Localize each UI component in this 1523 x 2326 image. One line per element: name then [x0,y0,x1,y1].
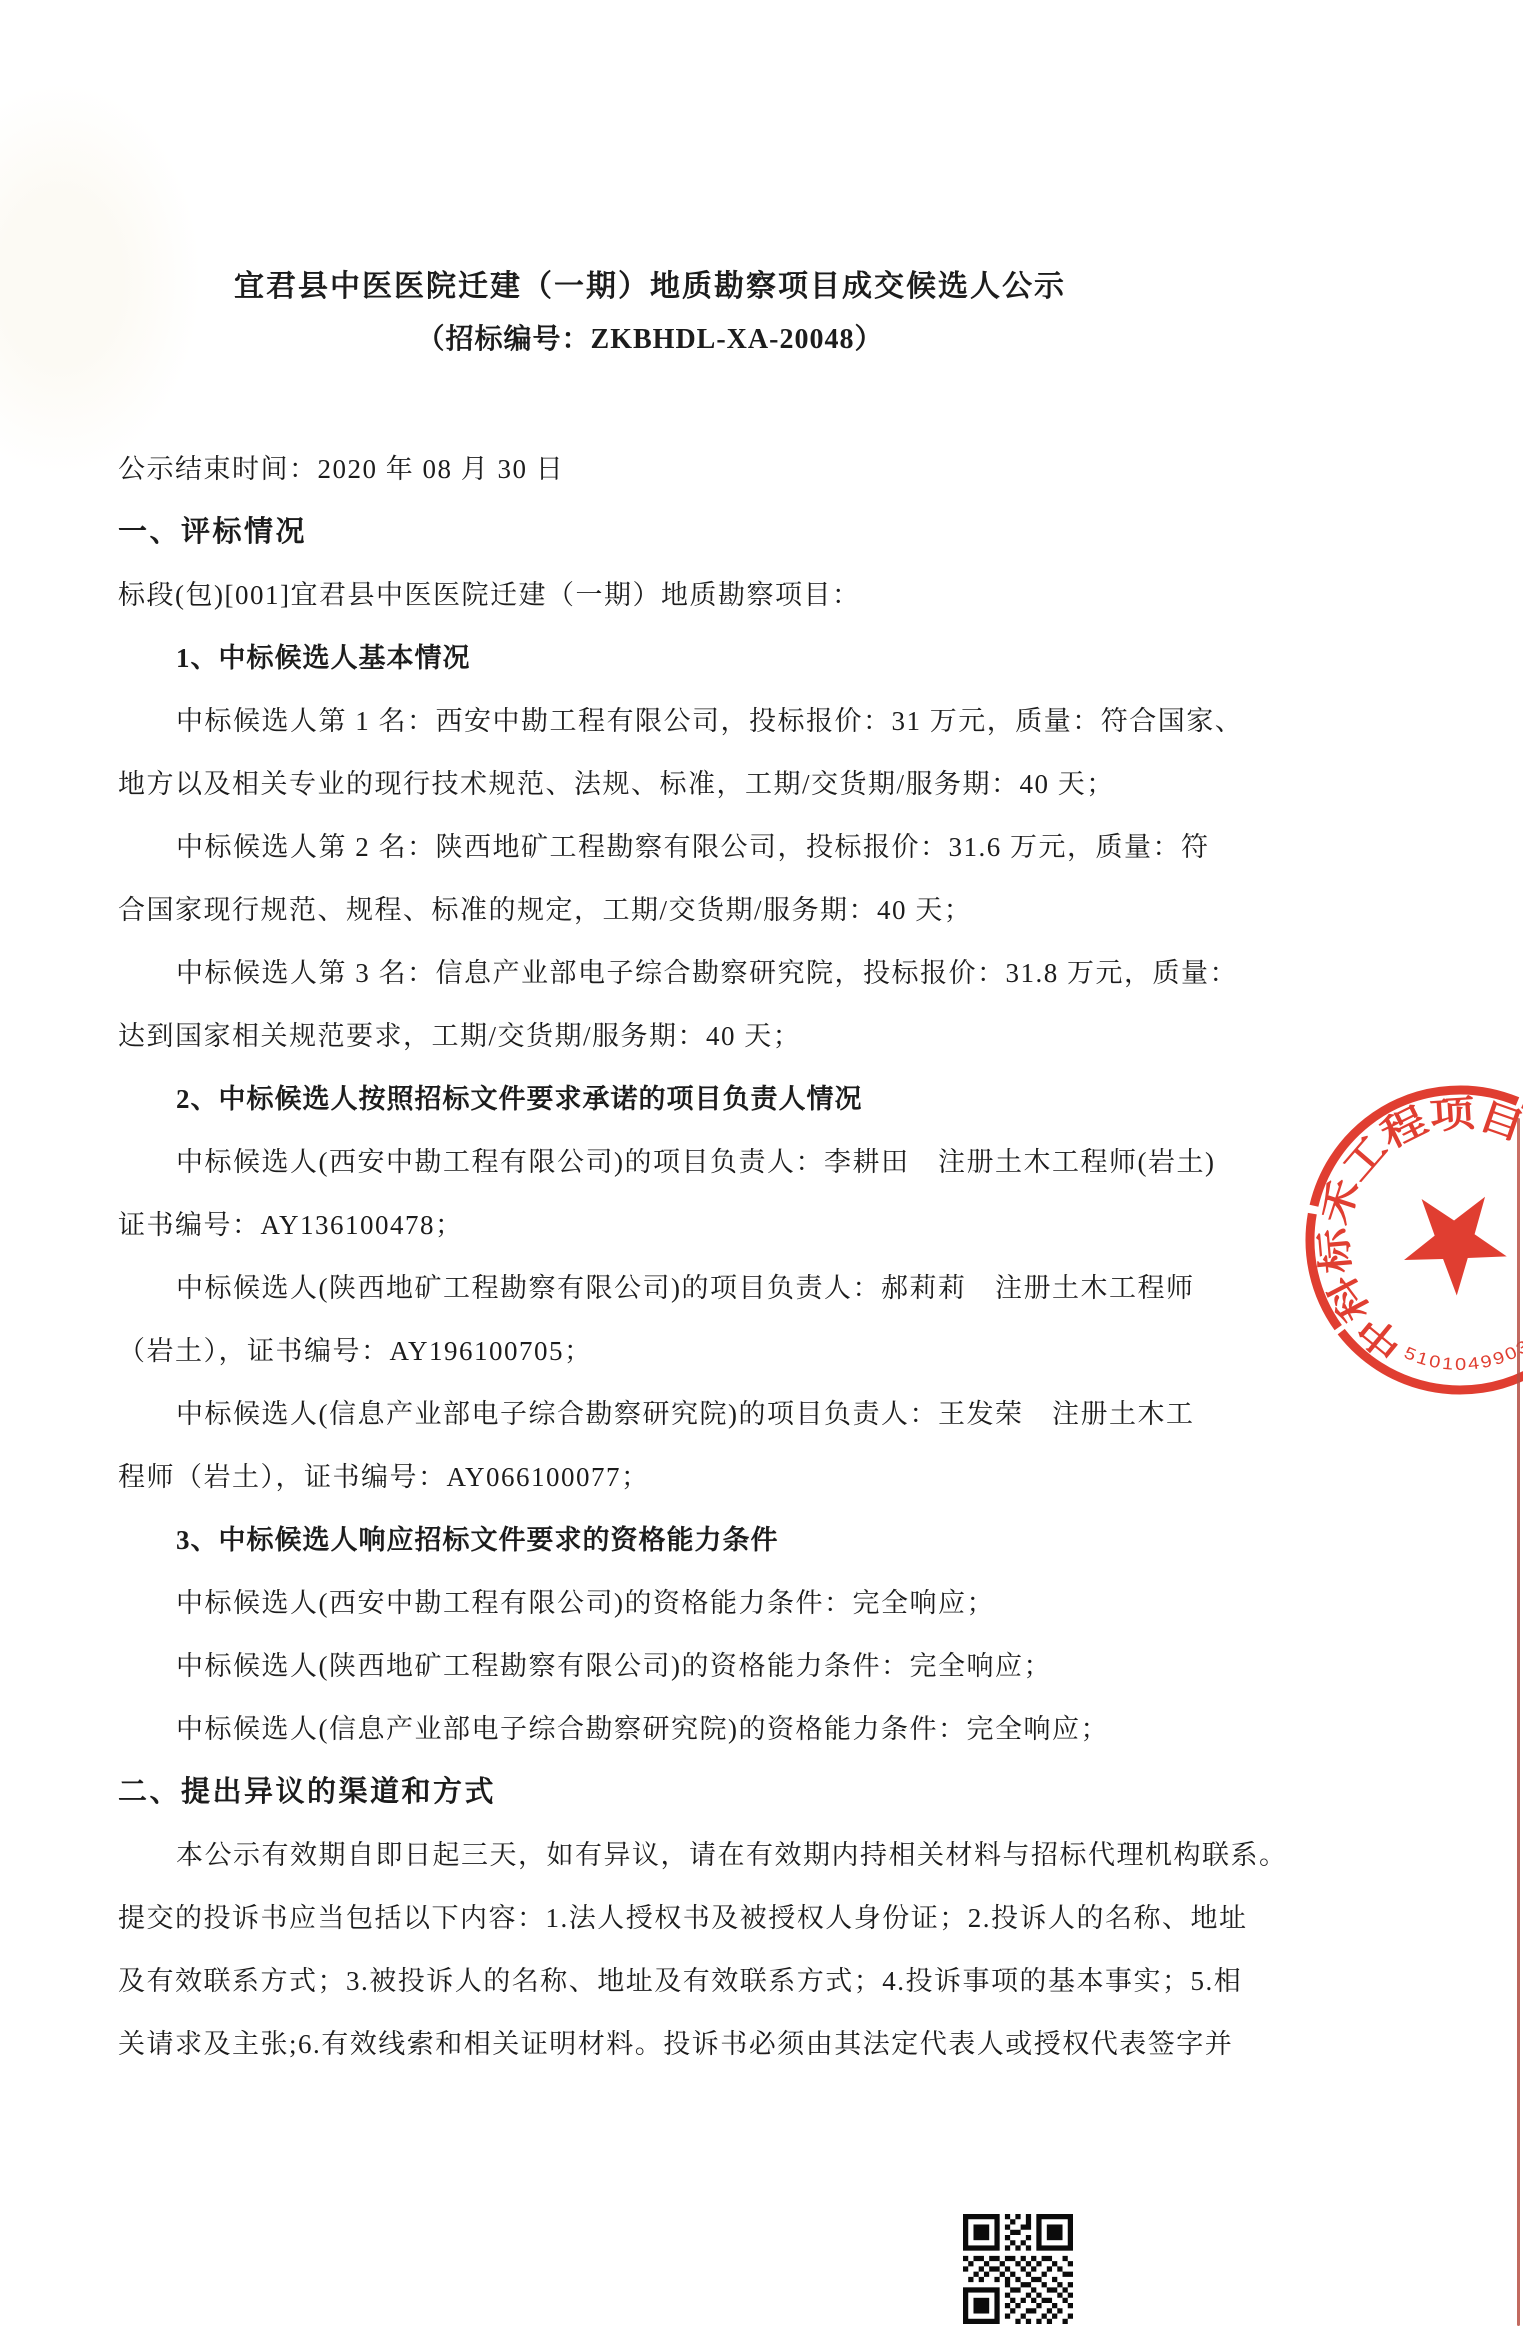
subsection-2-heading: 2、中标候选人按照招标文件要求承诺的项目负责人情况 [118,1068,1428,1131]
qr-code [963,2214,1073,2324]
bid-section-line: 标段(包)[001]宜君县中医医院迁建（一期）地质勘察项目： [118,564,1428,627]
document-title: 宜君县中医医院迁建（一期）地质勘察项目成交候选人公示 [0,260,1300,314]
objection-line-3: 及有效联系方式；3.被投诉人的名称、地址及有效联系方式；4.投诉事项的基本事实；… [118,1950,1428,2013]
seal-star-icon [1381,1167,1522,1307]
document-subtitle: （招标编号：ZKBHDL-XA-20048） [0,314,1300,366]
objection-line-4: 关请求及主张;6.有效线索和相关证明材料。投诉书必须由其法定代表人或授权代表签字… [118,2013,1428,2076]
candidate-3-line: 中标候选人第 3 名：信息产业部电子综合勘察研究院，投标报价：31.8 万元，质… [118,942,1428,1005]
company-seal: 中科标禾工程项目管理 510104990394 [1295,1075,1523,1405]
subsection-3-heading: 3、中标候选人响应招标文件要求的资格能力条件 [118,1509,1428,1572]
subsection-1-heading: 1、中标候选人基本情况 [118,627,1428,690]
document-body: 公示结束时间：2020 年 08 月 30 日 一、评标情况 标段(包)[001… [118,438,1428,2076]
publicity-end-time: 公示结束时间：2020 年 08 月 30 日 [118,438,1428,501]
manager-3-cert-line: 程师（岩土），证书编号：AY066100077； [118,1446,1428,1509]
manager-1-line: 中标候选人(西安中勘工程有限公司)的项目负责人：李耕田 注册土木工程师(岩土) [118,1131,1428,1194]
scanned-document-page: 宜君县中医医院迁建（一期）地质勘察项目成交候选人公示 （招标编号：ZKBHDL-… [0,0,1523,2326]
manager-1-cert-line: 证书编号：AY136100478； [118,1194,1428,1257]
scan-edge-line [1517,1118,1520,2326]
manager-2-line: 中标候选人(陕西地矿工程勘察有限公司)的项目负责人：郝莉莉 注册土木工程师 [118,1257,1428,1320]
candidate-2-line-cont: 合国家现行规范、规程、标准的规定，工期/交货期/服务期：40 天； [118,879,1428,942]
manager-2-cert-line: （岩土），证书编号：AY196100705； [118,1320,1428,1383]
manager-3-line: 中标候选人(信息产业部电子综合勘察研究院)的项目负责人：王发荣 注册土木工 [118,1383,1428,1446]
seal-serial-number: 510104990394 [1398,1313,1523,1388]
svg-text:中科标禾工程项目管理: 中科标禾工程项目管理 [1295,1075,1523,1374]
qualification-1-line: 中标候选人(西安中勘工程有限公司)的资格能力条件：完全响应； [118,1572,1428,1635]
candidate-2-line: 中标候选人第 2 名：陕西地矿工程勘察有限公司，投标报价：31.6 万元，质量：… [118,816,1428,879]
title-block: 宜君县中医医院迁建（一期）地质勘察项目成交候选人公示 （招标编号：ZKBHDL-… [0,260,1300,366]
candidate-1-line: 中标候选人第 1 名：西安中勘工程有限公司，投标报价：31 万元，质量：符合国家… [118,690,1428,753]
section-2-heading: 二、提出异议的渠道和方式 [118,1761,1428,1824]
candidate-1-line-cont: 地方以及相关专业的现行技术规范、法规、标准，工期/交货期/服务期：40 天； [118,753,1428,816]
section-1-heading: 一、评标情况 [118,501,1428,564]
svg-text:510104990394: 510104990394 [1398,1313,1523,1388]
candidate-3-line-cont: 达到国家相关规范要求，工期/交货期/服务期：40 天； [118,1005,1428,1068]
objection-line-1: 本公示有效期自即日起三天，如有异议，请在有效期内持相关材料与招标代理机构联系。 [118,1824,1428,1887]
objection-line-2: 提交的投诉书应当包括以下内容：1.法人授权书及被授权人身份证；2.投诉人的名称、… [118,1887,1428,1950]
qualification-3-line: 中标候选人(信息产业部电子综合勘察研究院)的资格能力条件：完全响应； [118,1698,1428,1761]
seal-company-name: 中科标禾工程项目管理 [1295,1075,1523,1374]
qualification-2-line: 中标候选人(陕西地矿工程勘察有限公司)的资格能力条件：完全响应； [118,1635,1428,1698]
